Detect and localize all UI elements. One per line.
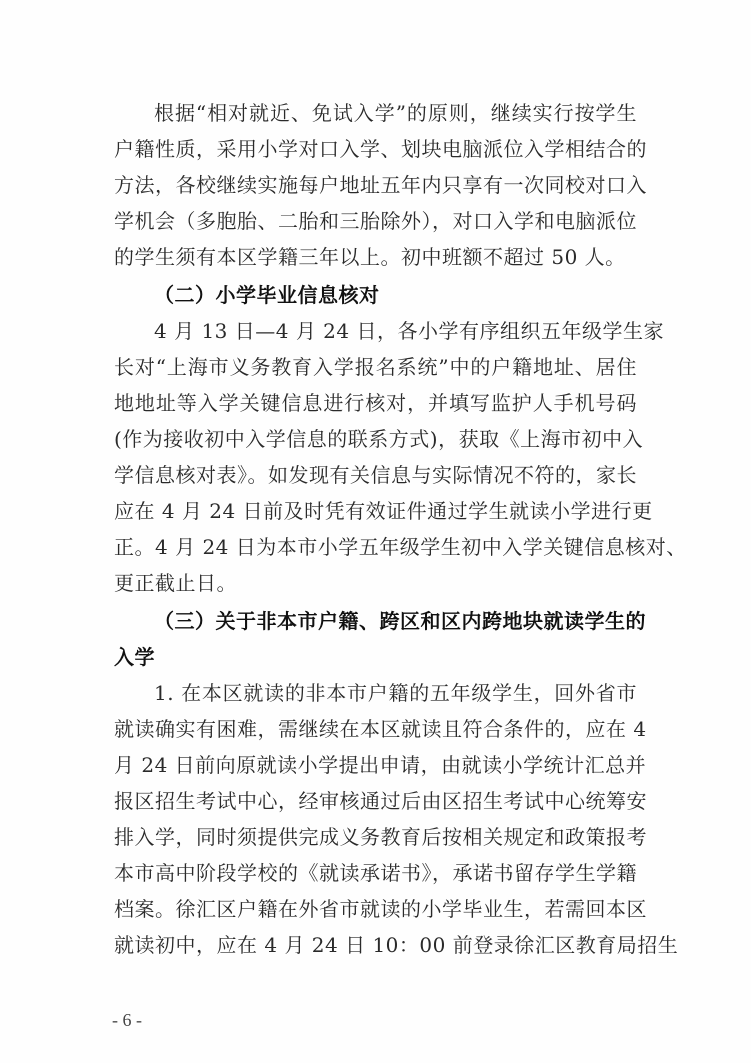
document-page: 根据“相对就近、免试入学”的原则，继续实行按学生 户籍性质，采用小学对口入学、划… bbox=[0, 0, 751, 1063]
paragraph-line: 户籍性质，采用小学对口入学、划块电脑派位入学相结合的 bbox=[114, 131, 637, 167]
paragraph-line: 正。4 月 24 日为本市小学五年级学生初中入学关键信息核对、 bbox=[114, 529, 637, 565]
paragraph-line: 学信息核对表》。如发现有关信息与实际情况不符的，家长 bbox=[114, 457, 637, 493]
paragraph-line: 本市高中阶段学校的《就读承诺书》，承诺书留存学生学籍 bbox=[114, 855, 637, 891]
paragraph-line: 更正截止日。 bbox=[114, 565, 637, 601]
page-number: - 6 - bbox=[112, 1010, 142, 1031]
paragraph-line: 的学生须有本区学籍三年以上。初中班额不超过 50 人。 bbox=[114, 239, 637, 275]
paragraph-line: 4 月 13 日—4 月 24 日，各小学有序组织五年级学生家 bbox=[154, 313, 637, 349]
paragraph-line: 档案。徐汇区户籍在外省市就读的小学毕业生，若需回本区 bbox=[114, 891, 637, 927]
section-heading: （三）关于非本市户籍、跨区和区内跨地块就读学生的 bbox=[154, 603, 637, 639]
paragraph-line: 方法，各校继续实施每户地址五年内只享有一次同校对口入 bbox=[114, 167, 637, 203]
paragraph-line: 地地址等入学关键信息进行核对，并填写监护人手机号码 bbox=[114, 385, 637, 421]
paragraph-line: 排入学，同时须提供完成义务教育后按相关规定和政策报考 bbox=[114, 819, 637, 855]
paragraph-line: 报区招生考试中心，经审核通过后由区招生考试中心统筹安 bbox=[114, 783, 637, 819]
paragraph-line: 应在 4 月 24 日前及时凭有效证件通过学生就读小学进行更 bbox=[114, 493, 637, 529]
paragraph-line: 就读初中，应在 4 月 24 日 10：00 前登录徐汇区教育局招生 bbox=[114, 927, 637, 963]
paragraph-line: 根据“相对就近、免试入学”的原则，继续实行按学生 bbox=[154, 95, 637, 131]
paragraph-line: 月 24 日前向原就读小学提出申请，由就读小学统计汇总并 bbox=[114, 747, 637, 783]
paragraph-line: 长对“上海市义务教育入学报名系统”中的户籍地址、居住 bbox=[114, 349, 637, 385]
paragraph-line: 就读确实有困难，需继续在本区就读且符合条件的，应在 4 bbox=[114, 711, 637, 747]
paragraph-line: (作为接收初中入学信息的联系方式)，获取《上海市初中入 bbox=[114, 421, 637, 457]
paragraph-line: 学机会（多胞胎、二胎和三胎除外），对口入学和电脑派位 bbox=[114, 203, 637, 239]
paragraph-line: 1. 在本区就读的非本市户籍的五年级学生，回外省市 bbox=[154, 675, 637, 711]
section-heading-continuation: 入学 bbox=[114, 639, 597, 675]
section-heading: （二）小学毕业信息核对 bbox=[154, 277, 637, 313]
